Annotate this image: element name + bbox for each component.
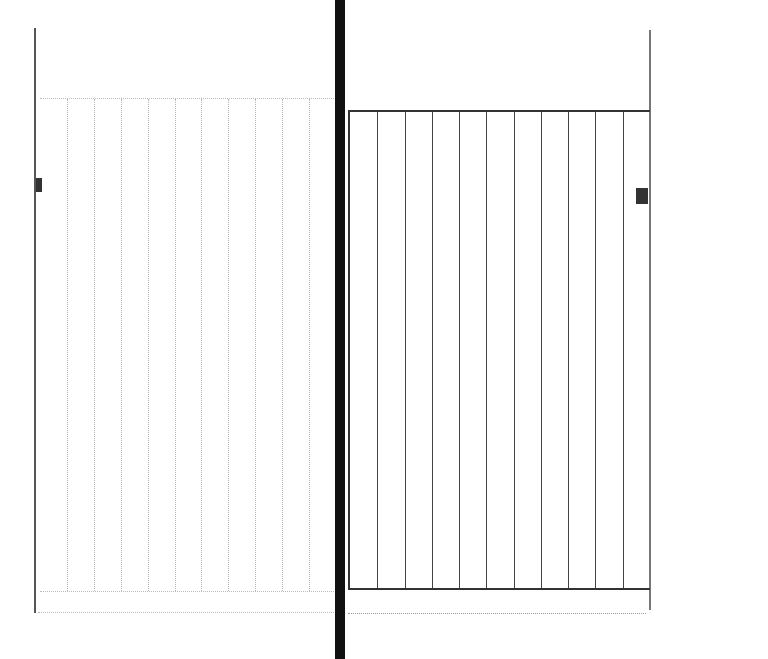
left-page: [34, 28, 338, 613]
right-page-ruled-grid: [348, 110, 650, 590]
page-mark: [36, 178, 42, 192]
book-spine: [335, 0, 345, 659]
ruling-line: [459, 112, 460, 588]
ruling-line: [148, 99, 149, 591]
ruling-line: [121, 99, 122, 591]
ruling-line: [377, 112, 378, 588]
left-page-bottom-edge: [38, 612, 338, 613]
ruling-line: [432, 112, 433, 588]
ruling-line: [595, 112, 596, 588]
ruling-line: [282, 99, 283, 591]
ruling-line: [568, 112, 569, 588]
ruling-line: [309, 99, 310, 591]
ruling-line: [405, 112, 406, 588]
right-page-bottom-edge: [348, 613, 646, 614]
ruling-line: [94, 99, 95, 591]
ruling-line: [228, 99, 229, 591]
ruling-line: [175, 99, 176, 591]
ruling-line: [623, 112, 624, 588]
ruling-line: [541, 112, 542, 588]
ruling-line: [67, 99, 68, 591]
ruling-line: [486, 112, 487, 588]
ruling-line: [201, 99, 202, 591]
left-page-ruled-grid: [40, 98, 336, 592]
ruling-line: [514, 112, 515, 588]
right-page: [346, 28, 651, 613]
ruling-line: [255, 99, 256, 591]
page-mark: [636, 188, 648, 204]
